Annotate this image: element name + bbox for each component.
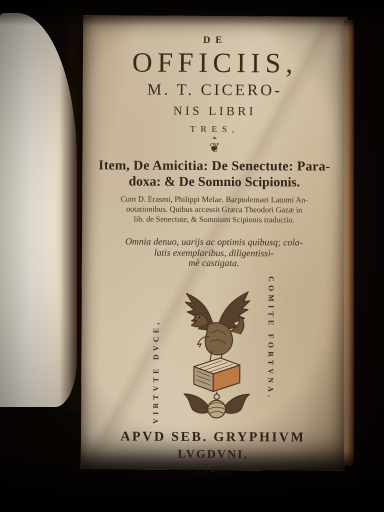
edition-note-paragraph: Omnia denuo, uarijs ac optimis quibusq; … — [125, 238, 303, 270]
subtitle-line-1: Item, De Amicitia: De Senectute: Para- — [98, 158, 330, 175]
book-fore-edge — [344, 20, 354, 466]
edition-note-line-1: Omnia denuo, uarijs ac optimis quibusq; … — [125, 238, 303, 249]
griffin-device-icon — [167, 275, 260, 425]
fleuron-icon: ❦ — [209, 142, 220, 154]
title-line-de: DE — [203, 35, 227, 46]
title-page-text-block: DE OFFICIIS, M. T. CICERO- NIS LIBRI TRE… — [81, 15, 347, 470]
printer-device: VIRTVTE DVCE, — [151, 275, 276, 426]
title-line-nis-libri: NIS LIBRI — [173, 104, 256, 119]
book-photograph: DE OFFICIIS, M. T. CICERO- NIS LIBRI TRE… — [0, 0, 384, 512]
title-line-cicero: M. T. CICERO- — [147, 82, 282, 101]
device-motto-left: VIRTVTE DVCE, — [151, 276, 161, 424]
edition-note-line-3: mè castigata. — [125, 259, 303, 270]
device-motto-right: COMITE FORTVNA. — [266, 276, 276, 424]
subtitle-line-2: doxa: & De Somnio Scipionis. — [129, 174, 300, 191]
title-line-tres: TRES, — [190, 124, 239, 134]
annotations-line-3: lib. de Senectute, & Somnium Scipionis t… — [120, 215, 308, 226]
imprint-publisher: APVD SEB. GRYPHIVM — [120, 428, 305, 445]
annotations-paragraph: Cum D. Erasmi, Philippi Melae. Barptolem… — [120, 195, 308, 226]
imprint-year: 1549. — [195, 465, 230, 476]
title-line-officiis: OFFICIIS, — [132, 49, 298, 79]
imprint-place: LVGDVNI, — [178, 447, 249, 462]
title-page: DE OFFICIIS, M. T. CICERO- NIS LIBRI TRE… — [81, 15, 347, 470]
